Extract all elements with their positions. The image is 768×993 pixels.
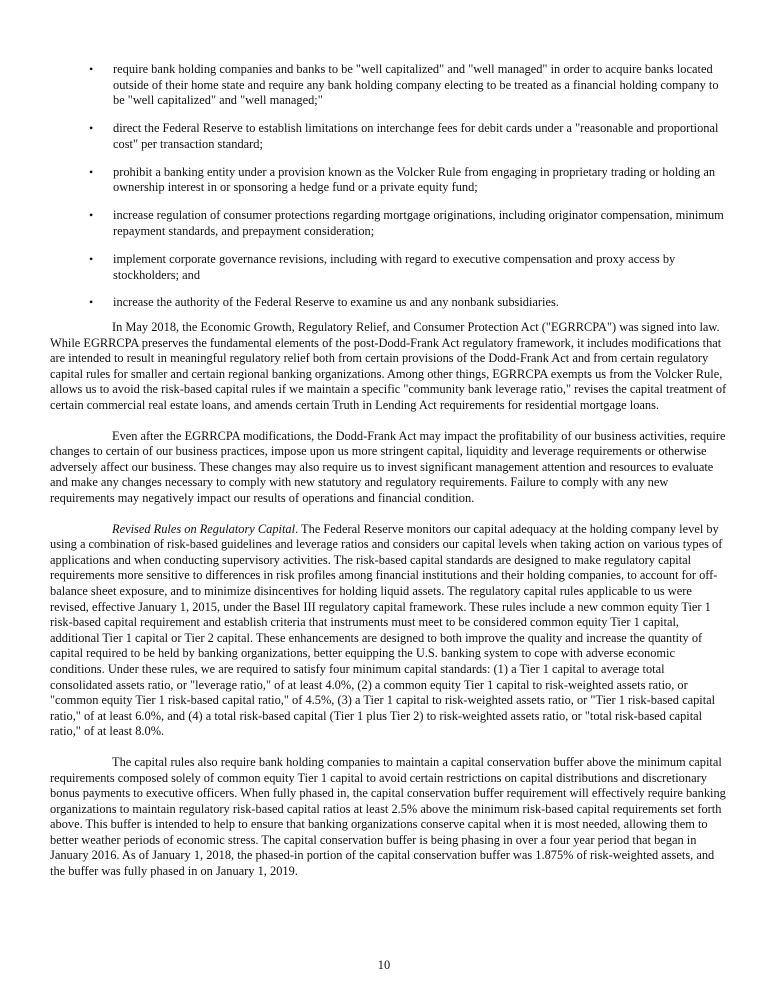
paragraph-text: Even after the EGRRCPA modifications, th… — [50, 429, 725, 505]
bullet-item: • increase the authority of the Federal … — [50, 295, 728, 311]
bullet-item: • increase regulation of consumer protec… — [50, 208, 728, 239]
bullet-text: prohibit a banking entity under a provis… — [113, 165, 728, 196]
bullet-text: require bank holding companies and banks… — [113, 62, 728, 109]
regulation-bullet-list: • require bank holding companies and ban… — [50, 62, 728, 311]
bullet-dot-icon: • — [89, 121, 93, 137]
bullet-dot-icon: • — [89, 208, 93, 224]
capital-conservation-buffer-paragraph: The capital rules also require bank hold… — [50, 755, 728, 880]
paragraph-text: . The Federal Reserve monitors our capit… — [50, 522, 722, 739]
page-number: 10 — [0, 958, 768, 974]
bullet-dot-icon: • — [89, 62, 93, 78]
dodd-frank-impact-paragraph: Even after the EGRRCPA modifications, th… — [50, 429, 728, 507]
bullet-dot-icon: • — [89, 252, 93, 268]
bullet-text: direct the Federal Reserve to establish … — [113, 121, 728, 152]
bullet-item: • prohibit a banking entity under a prov… — [50, 165, 728, 196]
paragraph-text: The capital rules also require bank hold… — [50, 755, 726, 878]
paragraph-text: In May 2018, the Economic Growth, Regula… — [50, 320, 726, 412]
bullet-item: • require bank holding companies and ban… — [50, 62, 728, 109]
bullet-text: increase the authority of the Federal Re… — [113, 295, 728, 311]
bullet-text: implement corporate governance revisions… — [113, 252, 728, 283]
bullet-dot-icon: • — [89, 165, 93, 181]
bullet-text: increase regulation of consumer protecti… — [113, 208, 728, 239]
regulatory-capital-paragraph: Revised Rules on Regulatory Capital. The… — [50, 522, 728, 740]
document-page: • require bank holding companies and ban… — [50, 62, 728, 895]
egrrcpa-paragraph: In May 2018, the Economic Growth, Regula… — [50, 320, 728, 414]
section-heading-italic: Revised Rules on Regulatory Capital — [112, 522, 295, 536]
bullet-item: • implement corporate governance revisio… — [50, 252, 728, 283]
bullet-item: • direct the Federal Reserve to establis… — [50, 121, 728, 152]
bullet-dot-icon: • — [89, 295, 93, 311]
